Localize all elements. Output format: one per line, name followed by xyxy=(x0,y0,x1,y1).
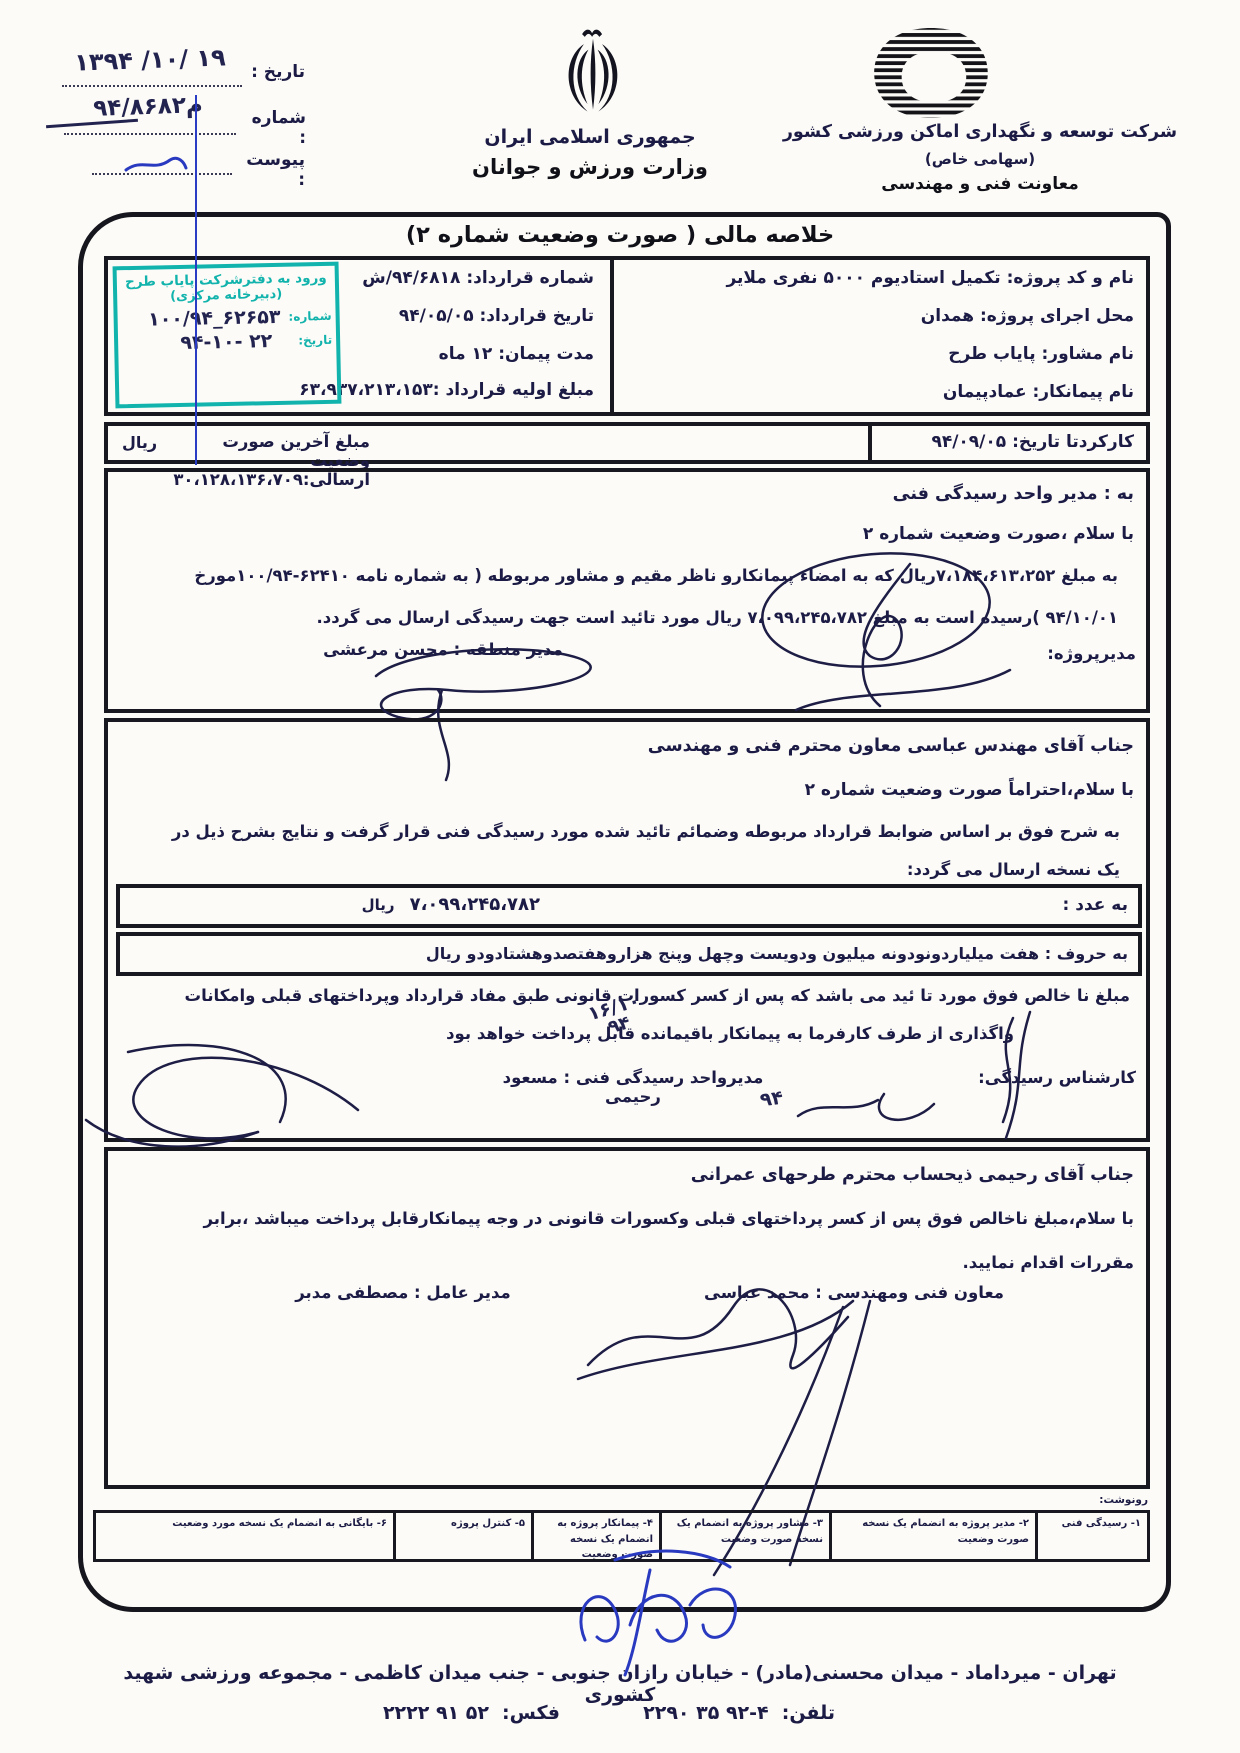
distribution-item-5: ۵- کنترل پروژه xyxy=(393,1513,531,1559)
contract-info-table: نام و کد پروژه: تکمیل استادیوم ۵۰۰۰ نفری… xyxy=(104,256,1150,416)
contract-number: شماره قرارداد: ۹۴/۶۸۱۸/ش xyxy=(294,268,594,288)
signature-blue-pen xyxy=(555,1545,785,1680)
contractor-name: نام پیمانکار: عمادپیمان xyxy=(624,382,1134,402)
section1: به : مدیر واحد رسیدگی فنی با سلام ،صورت … xyxy=(104,468,1150,713)
entry-stamp-number-value: ۱۰۰/۹۴_۶۲۶۵۳ xyxy=(148,306,281,331)
dispatch-number-line xyxy=(64,132,236,135)
entry-stamp-date-label: تاریخ: xyxy=(298,333,332,348)
dispatch-attachment-label: پیوست : xyxy=(235,150,305,190)
iran-emblem-icon xyxy=(545,26,641,126)
entry-stamp: ورود به دفترشرکت پایاب طرح (دبیرخانه مرک… xyxy=(113,262,342,409)
last-statement-unit: ریال xyxy=(122,433,157,452)
contract-table-divider xyxy=(610,260,614,412)
footer-phone: تلفن: ۲۲۹۰ ۳۵ ۹۲-۴ xyxy=(585,1702,835,1724)
state-name: جمهوری اسلامی ایران xyxy=(440,126,740,148)
dispatch-date-line xyxy=(62,84,242,87)
project-name: نام و کد پروژه: تکمیل استادیوم ۵۰۰۰ نفری… xyxy=(624,268,1134,288)
footer-phone-value: ۲۲۹۰ ۳۵ ۹۲-۴ xyxy=(643,1702,769,1724)
footer-fax-value: ۲۲۲۲ ۹۱ ۵۲ xyxy=(383,1702,489,1724)
worked-until: کارکردتا تاریخ: ۹۴/۰۹/۰۵ xyxy=(868,432,1134,452)
footer-address: تهران - میرداماد - میدان محسنی(مادر) - خ… xyxy=(100,1662,1140,1706)
consultant-name: نام مشاور: پایاب طرح xyxy=(624,344,1134,364)
distribution-label: رونوشت: xyxy=(1078,1494,1148,1506)
progress-row: کارکردتا تاریخ: ۹۴/۰۹/۰۵ مبلغ آخرین صورت… xyxy=(104,422,1150,464)
scanned-letter-page: ۱۳۹۴ /۱۰/ ۱۹ تاریخ : ۹۴/۸۶۸۲م شماره : پی… xyxy=(0,0,1240,1753)
signature-review-unit xyxy=(108,722,1154,1146)
company-dept: معاونت فنی و مهندسی xyxy=(845,174,1115,194)
distribution-item-6: ۶- بایگانی به انضمام یک نسخه مورد وضعیت xyxy=(96,1513,393,1559)
signature-project-manager xyxy=(108,472,1154,717)
company-type: (سهامی خاص) xyxy=(860,150,1100,168)
pen-vertical-line xyxy=(195,95,197,465)
entry-stamp-date-value: ۹۴-۱۰- ۲۲ xyxy=(180,330,272,354)
form-title: خلاصه مالی ( صورت وضعیت شماره ۲) xyxy=(290,222,950,248)
footer-phone-label: تلفن: xyxy=(782,1702,835,1724)
dispatch-number-value: ۹۴/۸۶۸۲م xyxy=(64,91,233,123)
signature-technical-deputy xyxy=(108,1151,1154,1493)
company-name: شرکت توسعه و نگهداری اماکن ورزشی کشور xyxy=(770,122,1190,142)
distribution-item-1: ۱- رسیدگی فنی xyxy=(1035,1513,1147,1559)
dispatch-number-label: شماره : xyxy=(240,108,306,148)
section2: جناب آقای مهندس عباسی معاون محترم فنی و … xyxy=(104,718,1150,1142)
entry-stamp-number-label: شماره: xyxy=(288,309,331,324)
section3: جناب آقای رحیمی ذیحساب محترم طرحهای عمرا… xyxy=(104,1147,1150,1489)
footer-fax-label: فکس: xyxy=(502,1702,560,1724)
dispatch-date-label: تاریخ : xyxy=(243,62,305,82)
project-location: محل اجرای پروژه: همدان xyxy=(624,306,1134,326)
distribution-item-2: ۲- مدیر پروژه به انضمام یک نسخه صورت وضع… xyxy=(829,1513,1035,1559)
company-logo-icon xyxy=(872,26,990,120)
dispatch-date-value: ۱۳۹۴ /۱۰/ ۱۹ xyxy=(60,43,241,77)
footer-fax: فکس: ۲۲۲۲ ۹۱ ۵۲ xyxy=(330,1702,560,1724)
ministry-name: وزارت ورزش و جوانان xyxy=(430,155,750,179)
attachment-pen-mark-icon xyxy=(120,152,190,178)
